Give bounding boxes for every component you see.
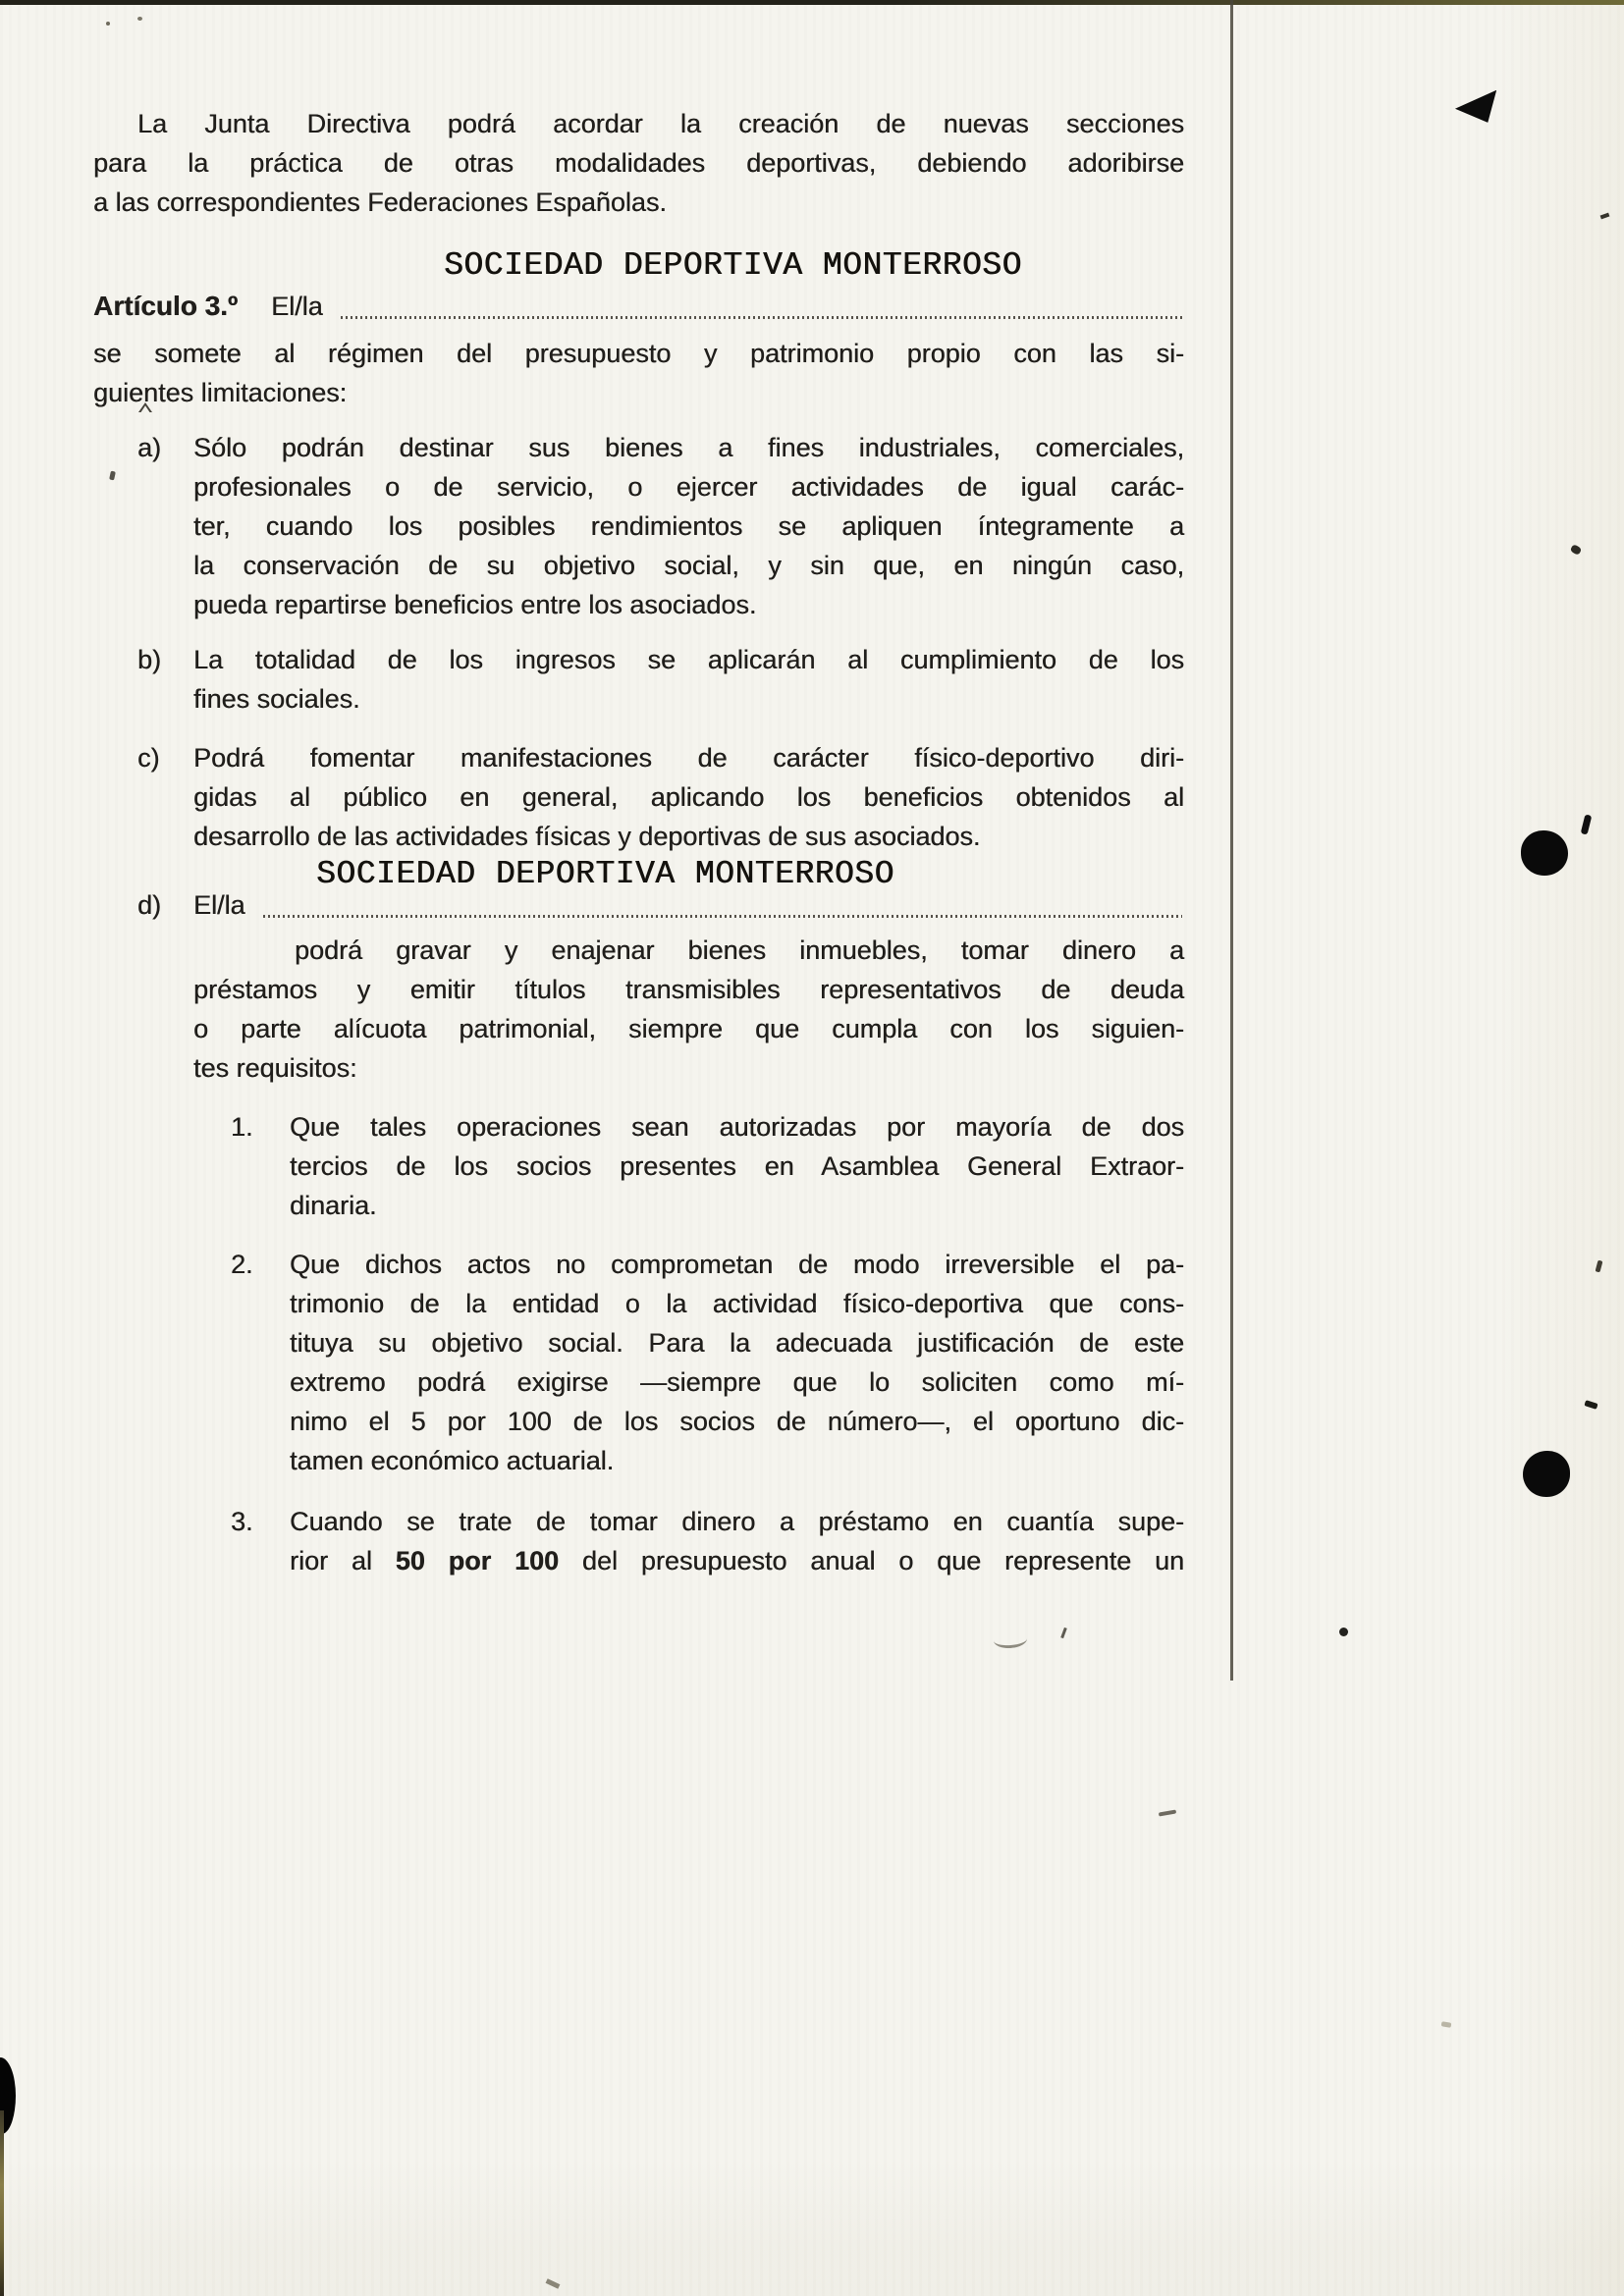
- numbered-item-2-text: Que dichos actos no comprometan de modo …: [290, 1245, 1184, 1480]
- text-line: a las correspondientes Federaciones Espa…: [93, 183, 1184, 222]
- intro-paragraph: La Junta Directiva podrá acordar la crea…: [93, 104, 1184, 222]
- text-line: Que dichos actos no comprometan de modo …: [290, 1245, 1184, 1284]
- text-line: podrá gravar y enajenar bienes inmuebles…: [193, 931, 1184, 970]
- text-line: tamen económico actuarial.: [290, 1441, 1184, 1480]
- list-marker-d: d): [137, 885, 193, 925]
- pencil-tick-mark: [1060, 1628, 1067, 1638]
- pen-arrow-mark: [1453, 90, 1499, 126]
- article-3-subject-prefix: El/la: [271, 287, 323, 326]
- text-line: fines sociales.: [193, 679, 1184, 719]
- fill-in-blank-dotted-line: [263, 915, 1182, 918]
- ink-speck: [106, 22, 110, 26]
- numbered-marker-1: 1.: [231, 1107, 253, 1147]
- list-item-d-text: podrá gravar y enajenar bienes inmuebles…: [193, 931, 1184, 1088]
- list-marker-b: b): [137, 640, 161, 679]
- text-line: ter, cuando los posibles rendimientos se…: [193, 507, 1184, 546]
- list-item-c-text: Podrá fomentar manifestaciones de caráct…: [193, 738, 1184, 856]
- list-marker-a: a): [137, 428, 161, 467]
- list-item-b: b) La totalidad de los ingresos se aplic…: [137, 640, 1184, 719]
- list-item-b-text: La totalidad de los ingresos se aplicará…: [193, 640, 1184, 719]
- text-line: la conservación de su objetivo social, y…: [193, 546, 1184, 585]
- list-item-a: a) Sólo podrán destinar sus bienes a fin…: [137, 428, 1184, 624]
- ink-speck: [1584, 1400, 1597, 1410]
- page-fold-line: [1230, 0, 1233, 1681]
- text-line: Que tales operaciones sean autorizadas p…: [290, 1107, 1184, 1147]
- text-line: profesionales o de servicio, o ejercer a…: [193, 467, 1184, 507]
- article-3-heading: Artículo 3.º El/la: [93, 287, 1186, 326]
- ink-speck: [1596, 1260, 1603, 1273]
- ink-speck: [109, 471, 116, 481]
- text-line: rior al 50 por 100 del presupuesto anual…: [290, 1541, 1184, 1580]
- item-d-subject-prefix: El/la: [193, 885, 245, 925]
- text-line: trimonio de la entidad o la actividad fí…: [290, 1284, 1184, 1323]
- text-line: tituya su objetivo social. Para la adecu…: [290, 1323, 1184, 1362]
- list-marker-c: c): [137, 738, 160, 777]
- numbered-marker-2: 2.: [231, 1245, 253, 1284]
- text-line: gidas al público en general, aplicando l…: [193, 777, 1184, 817]
- scan-edge-left-line: [0, 2110, 4, 2296]
- list-item-a-text: Sólo podrán destinar sus bienes a fines …: [193, 428, 1184, 624]
- ink-speck: [1570, 544, 1583, 556]
- article-3-label: Artículo 3.º: [93, 287, 238, 326]
- ink-speck: [137, 17, 142, 21]
- scan-edge-top-strip: [0, 0, 1624, 5]
- text-line: tercios de los socios presentes en Asamb…: [290, 1147, 1184, 1186]
- text-line: Cuando se trate de tomar dinero a présta…: [290, 1502, 1184, 1541]
- scanned-document-page: La Junta Directiva podrá acordar la crea…: [0, 0, 1624, 2296]
- text-line: La totalidad de los ingresos se aplicará…: [193, 640, 1184, 679]
- ink-speck: [1441, 2021, 1452, 2028]
- text-line: guientes limitaciones:: [93, 373, 1184, 412]
- pencil-dash-mark: [1159, 1809, 1176, 1816]
- list-item-c: c) Podrá fomentar manifestaciones de car…: [137, 738, 1184, 856]
- text-line: o parte alícuota patrimonial, siempre qu…: [193, 1009, 1184, 1048]
- numbered-item-1-text: Que tales operaciones sean autorizadas p…: [290, 1107, 1184, 1225]
- list-item-d-heading: d) El/la: [137, 885, 1184, 925]
- text-line: dinaria.: [290, 1186, 1184, 1225]
- text-line: desarrollo de las actividades físicas y …: [193, 817, 1184, 856]
- numbered-item-3: 3. Cuando se trate de tomar dinero a pré…: [231, 1502, 1184, 1580]
- fill-in-blank-dotted-line: [341, 316, 1184, 319]
- text-line: tes requisitos:: [193, 1048, 1184, 1088]
- typed-society-name-1: SOCIEDAD DEPORTIVA MONTERROSO: [444, 247, 1022, 285]
- text-line: Sólo podrán destinar sus bienes a fines …: [193, 428, 1184, 467]
- text-line: pueda repartirse beneficios entre los as…: [193, 585, 1184, 624]
- text-line: préstamos y emitir títulos transmisibles…: [193, 970, 1184, 1009]
- article-3-body: se somete al régimen del presupuesto y p…: [93, 334, 1184, 412]
- ink-dot: [1339, 1628, 1348, 1636]
- text-line: La Junta Directiva podrá acordar la crea…: [93, 104, 1184, 143]
- hole-punch-dot-upper: [1521, 830, 1568, 876]
- ink-apostrophe-mark: [1581, 814, 1593, 834]
- ink-speck: [546, 2278, 561, 2288]
- pencil-squiggle-mark: [993, 1630, 1027, 1649]
- numbered-item-2: 2. Que dichos actos no comprometan de mo…: [231, 1245, 1184, 1480]
- hole-punch-dot-lower: [1523, 1451, 1570, 1497]
- numbered-item-1: 1. Que tales operaciones sean autorizada…: [231, 1107, 1184, 1225]
- numbered-marker-3: 3.: [231, 1502, 253, 1541]
- ink-speck: [1600, 213, 1610, 220]
- text-line: Podrá fomentar manifestaciones de caráct…: [193, 738, 1184, 777]
- text-line: nimo el 5 por 100 de los socios de númer…: [290, 1402, 1184, 1441]
- numbered-item-3-text: Cuando se trate de tomar dinero a présta…: [290, 1502, 1184, 1580]
- text-line: extremo podrá exigirse —siempre que lo s…: [290, 1362, 1184, 1402]
- text-line: se somete al régimen del presupuesto y p…: [93, 334, 1184, 373]
- text-line: para la práctica de otras modalidades de…: [93, 143, 1184, 183]
